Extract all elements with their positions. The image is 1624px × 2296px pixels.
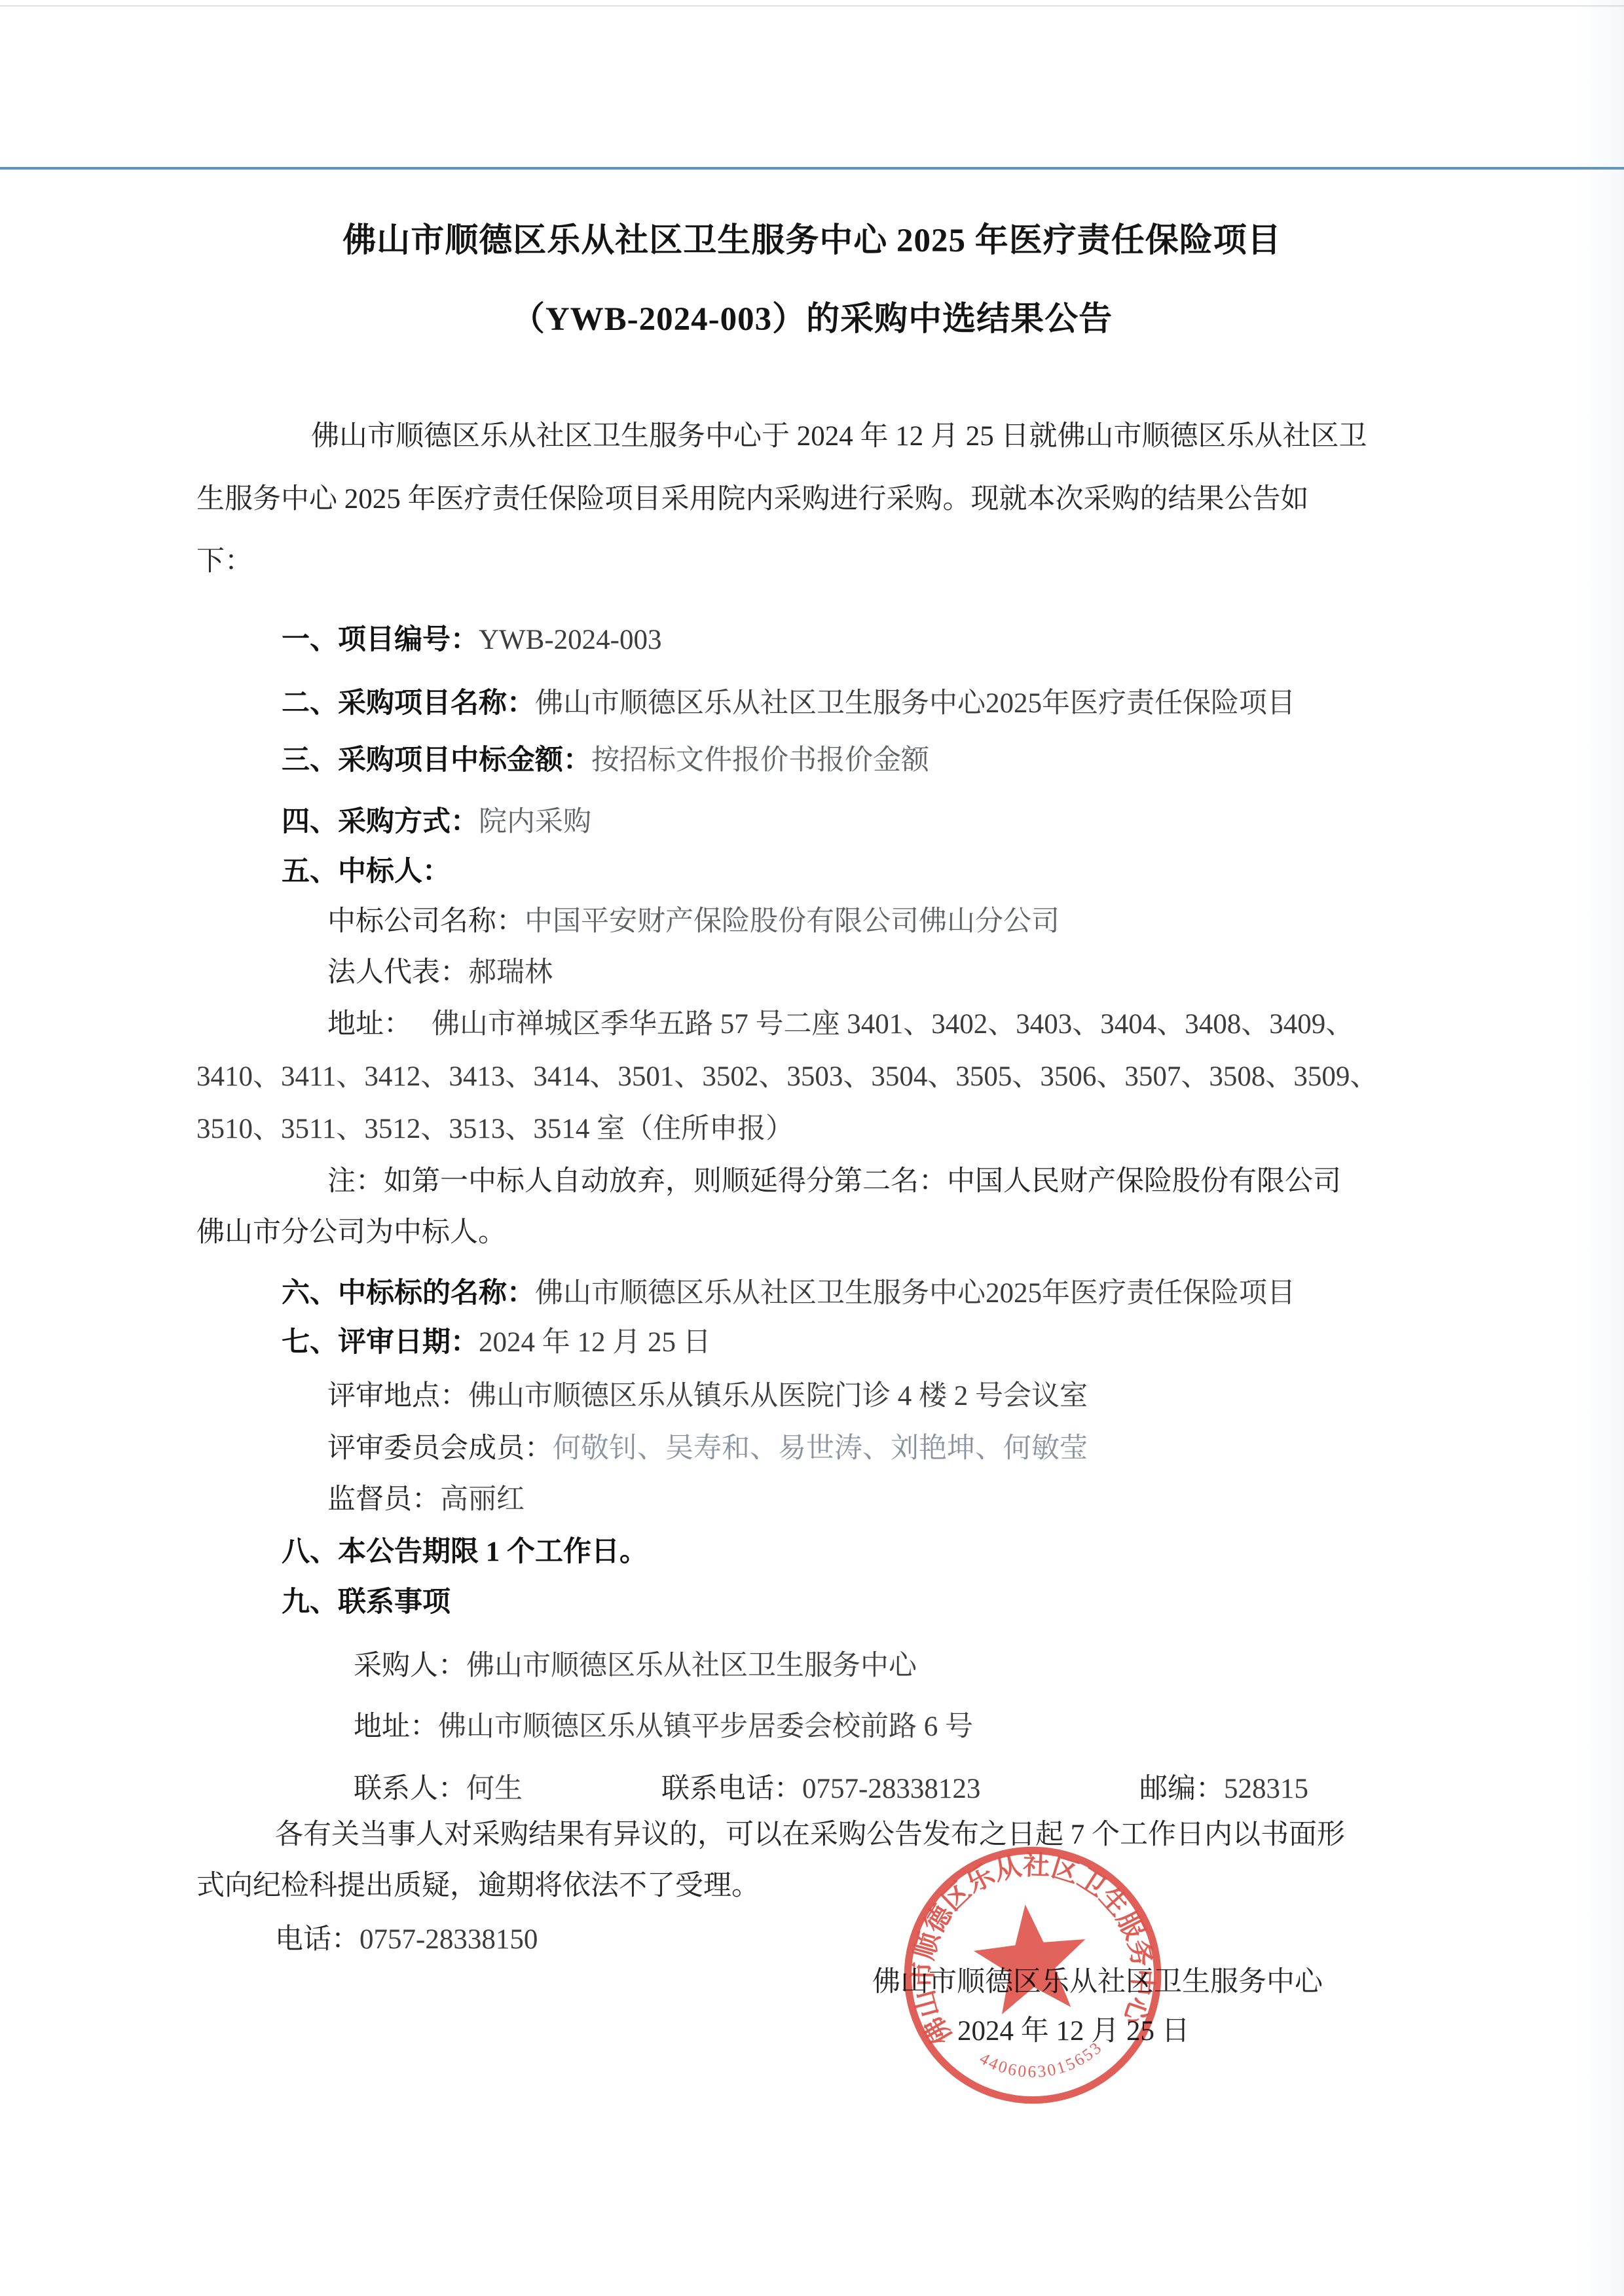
contact-address-value: 佛山市顺德区乐从镇平步居委会校前路 6 号	[438, 1711, 973, 1742]
winner-address-value2: 3410、3411、3412、3413、3414、3501、3502、3503、…	[196, 1061, 1378, 1092]
item-method: 四、采购方式：院内采购	[282, 803, 591, 842]
intro-line2: 生服务中心 2025 年医疗责任保险项目采用院内采购进行采购。现就本次采购的结果…	[196, 480, 1309, 519]
item-notice-period: 八、本公告期限 1 个工作日。	[282, 1533, 648, 1572]
closing-tel-label: 电话：	[275, 1924, 360, 1955]
review-committee-label: 评审委员会成员：	[327, 1433, 553, 1464]
winner-company-line: 中标公司名称：中国平安财产保险股份有限公司佛山分公司	[327, 902, 1060, 941]
header-divider-line	[0, 167, 1624, 170]
objection-line2: 式向纪检科提出质疑，逾期将依法不了受理。	[196, 1867, 760, 1906]
document-title-line2: （YWB-2024-003）的采购中选结果公告	[0, 300, 1624, 339]
contact-address-label: 地址：	[354, 1711, 438, 1742]
item-award-amount-value: 按招标文件报价书报价金额	[591, 745, 929, 776]
item-contact-heading: 九、联系事项	[282, 1583, 451, 1622]
winner-address-label: 地址：	[327, 1009, 412, 1040]
item-award-amount-label: 三、采购项目中标金额：	[282, 745, 591, 776]
review-committee-line: 评审委员会成员：何敬钊、吴寿和、易世涛、刘艳坤、何敏莹	[327, 1429, 1088, 1468]
item-method-label: 四、采购方式：	[282, 807, 479, 837]
contact-person-value: 何生	[466, 1774, 523, 1804]
signature-org: 佛山市顺德区乐从社区卫生服务中心	[872, 1963, 1323, 2002]
scan-artifact-line	[0, 5, 1624, 7]
intro-line3: 下：	[196, 542, 253, 581]
winner-address-line1: 地址：佛山市禅城区季华五路 57 号二座 3401、3402、3403、3404…	[327, 1005, 1354, 1044]
contact-phone-line: 联系电话：0757-28338123	[661, 1770, 980, 1809]
contact-phone-value: 0757-28338123	[802, 1774, 980, 1804]
winner-company-label: 中标公司名称：	[327, 906, 525, 937]
scan-edge-shadow	[1578, 0, 1624, 2296]
contact-zip-label: 邮编：	[1139, 1774, 1224, 1804]
item-project-no-label: 一、项目编号：	[282, 625, 479, 655]
contact-phone-label: 联系电话：	[661, 1774, 802, 1804]
item-project-name: 二、采购项目名称：佛山市顺德区乐从社区卫生服务中心2025年医疗责任保险项目	[282, 684, 1295, 723]
review-supervisor-value: 高丽红	[440, 1484, 525, 1515]
objection-line1: 各有关当事人对采购结果有异议的，可以在采购公告发布之日起 7 个工作日内以书面形	[275, 1815, 1345, 1855]
contact-person-label: 联系人：	[354, 1774, 466, 1804]
contact-zip-line: 邮编：528315	[1139, 1770, 1308, 1809]
review-supervisor-label: 监督员：	[327, 1484, 440, 1515]
item-award-amount: 三、采购项目中标金额：按招标文件报价书报价金额	[282, 741, 929, 780]
item-contact-heading-label: 九、联系事项	[282, 1587, 451, 1618]
closing-tel-value: 0757-28338150	[360, 1924, 538, 1955]
item-review-date: 七、评审日期：2024 年 12 月 25 日	[282, 1323, 711, 1362]
winner-company-value: 中国平安财产保险股份有限公司佛山分公司	[525, 906, 1060, 937]
contact-zip-value: 528315	[1224, 1774, 1308, 1804]
item-project-name-value: 佛山市顺德区乐从社区卫生服务中心2025年医疗责任保险项目	[535, 688, 1295, 719]
item-subject-name-value: 佛山市顺德区乐从社区卫生服务中心2025年医疗责任保险项目	[535, 1278, 1295, 1309]
winner-legal-label: 法人代表：	[327, 957, 468, 988]
review-supervisor-line: 监督员：高丽红	[327, 1480, 525, 1520]
winner-address-line3: 3510、3511、3512、3513、3514 室（住所申报）	[196, 1110, 794, 1149]
item-subject-name-label: 六、中标标的名称：	[282, 1278, 535, 1309]
winner-note-line1: 注：如第一中标人自动放弃，则顺延得分第二名：中国人民财产保险股份有限公司	[327, 1162, 1341, 1201]
winner-address-value1: 佛山市禅城区季华五路 57 号二座 3401、3402、3403、3404、34…	[432, 1009, 1354, 1040]
review-place-line: 评审地点：佛山市顺德区乐从镇乐从医院门诊 4 楼 2 号会议室	[327, 1377, 1088, 1416]
contact-person-line: 联系人：何生	[354, 1770, 523, 1809]
review-place-value: 佛山市顺德区乐从镇乐从医院门诊 4 楼 2 号会议室	[468, 1381, 1088, 1412]
contact-purchaser-line: 采购人：佛山市顺德区乐从社区卫生服务中心	[354, 1647, 917, 1686]
item-review-date-label: 七、评审日期：	[282, 1327, 479, 1358]
winner-legal-value: 郝瑞林	[468, 957, 553, 988]
winner-address-line2: 3410、3411、3412、3413、3414、3501、3502、3503、…	[196, 1057, 1378, 1097]
item-project-no: 一、项目编号：YWB-2024-003	[282, 621, 661, 660]
item-review-date-value: 2024 年 12 月 25 日	[479, 1327, 711, 1358]
signature-date: 2024 年 12 月 25 日	[957, 2012, 1190, 2051]
item-project-no-value: YWB-2024-003	[479, 625, 661, 655]
winner-address-value3: 3510、3511、3512、3513、3514 室（住所申报）	[196, 1114, 794, 1144]
document-title-line1: 佛山市顺德区乐从社区卫生服务中心 2025 年医疗责任保险项目	[0, 221, 1624, 261]
contact-purchaser-value: 佛山市顺德区乐从社区卫生服务中心	[466, 1650, 917, 1681]
item-subject-name: 六、中标标的名称：佛山市顺德区乐从社区卫生服务中心2025年医疗责任保险项目	[282, 1274, 1295, 1313]
review-place-label: 评审地点：	[327, 1381, 468, 1412]
winner-note-line2: 佛山市分公司为中标人。	[196, 1213, 506, 1252]
document-page: 佛山市顺德区乐从社区卫生服务中心 2025 年医疗责任保险项目 （YWB-202…	[0, 0, 1624, 2296]
closing-tel-line: 电话：0757-28338150	[275, 1920, 538, 1959]
contact-purchaser-label: 采购人：	[354, 1650, 466, 1681]
item-winner-heading: 五、中标人：	[282, 852, 451, 892]
winner-legal-line: 法人代表：郝瑞林	[327, 953, 553, 993]
review-committee-names: 何敬钊、吴寿和、易世涛、刘艳坤、何敏莹	[553, 1433, 1088, 1464]
item-project-name-label: 二、采购项目名称：	[282, 688, 535, 719]
intro-line1: 佛山市顺德区乐从社区卫生服务中心于 2024 年 12 月 25 日就佛山市顺德…	[311, 417, 1367, 456]
item-winner-heading-label: 五、中标人：	[282, 856, 451, 887]
item-method-value: 院内采购	[479, 807, 591, 837]
contact-address-line: 地址：佛山市顺德区乐从镇平步居委会校前路 6 号	[354, 1707, 973, 1747]
item-notice-period-label: 八、本公告期限 1 个工作日。	[282, 1537, 648, 1567]
